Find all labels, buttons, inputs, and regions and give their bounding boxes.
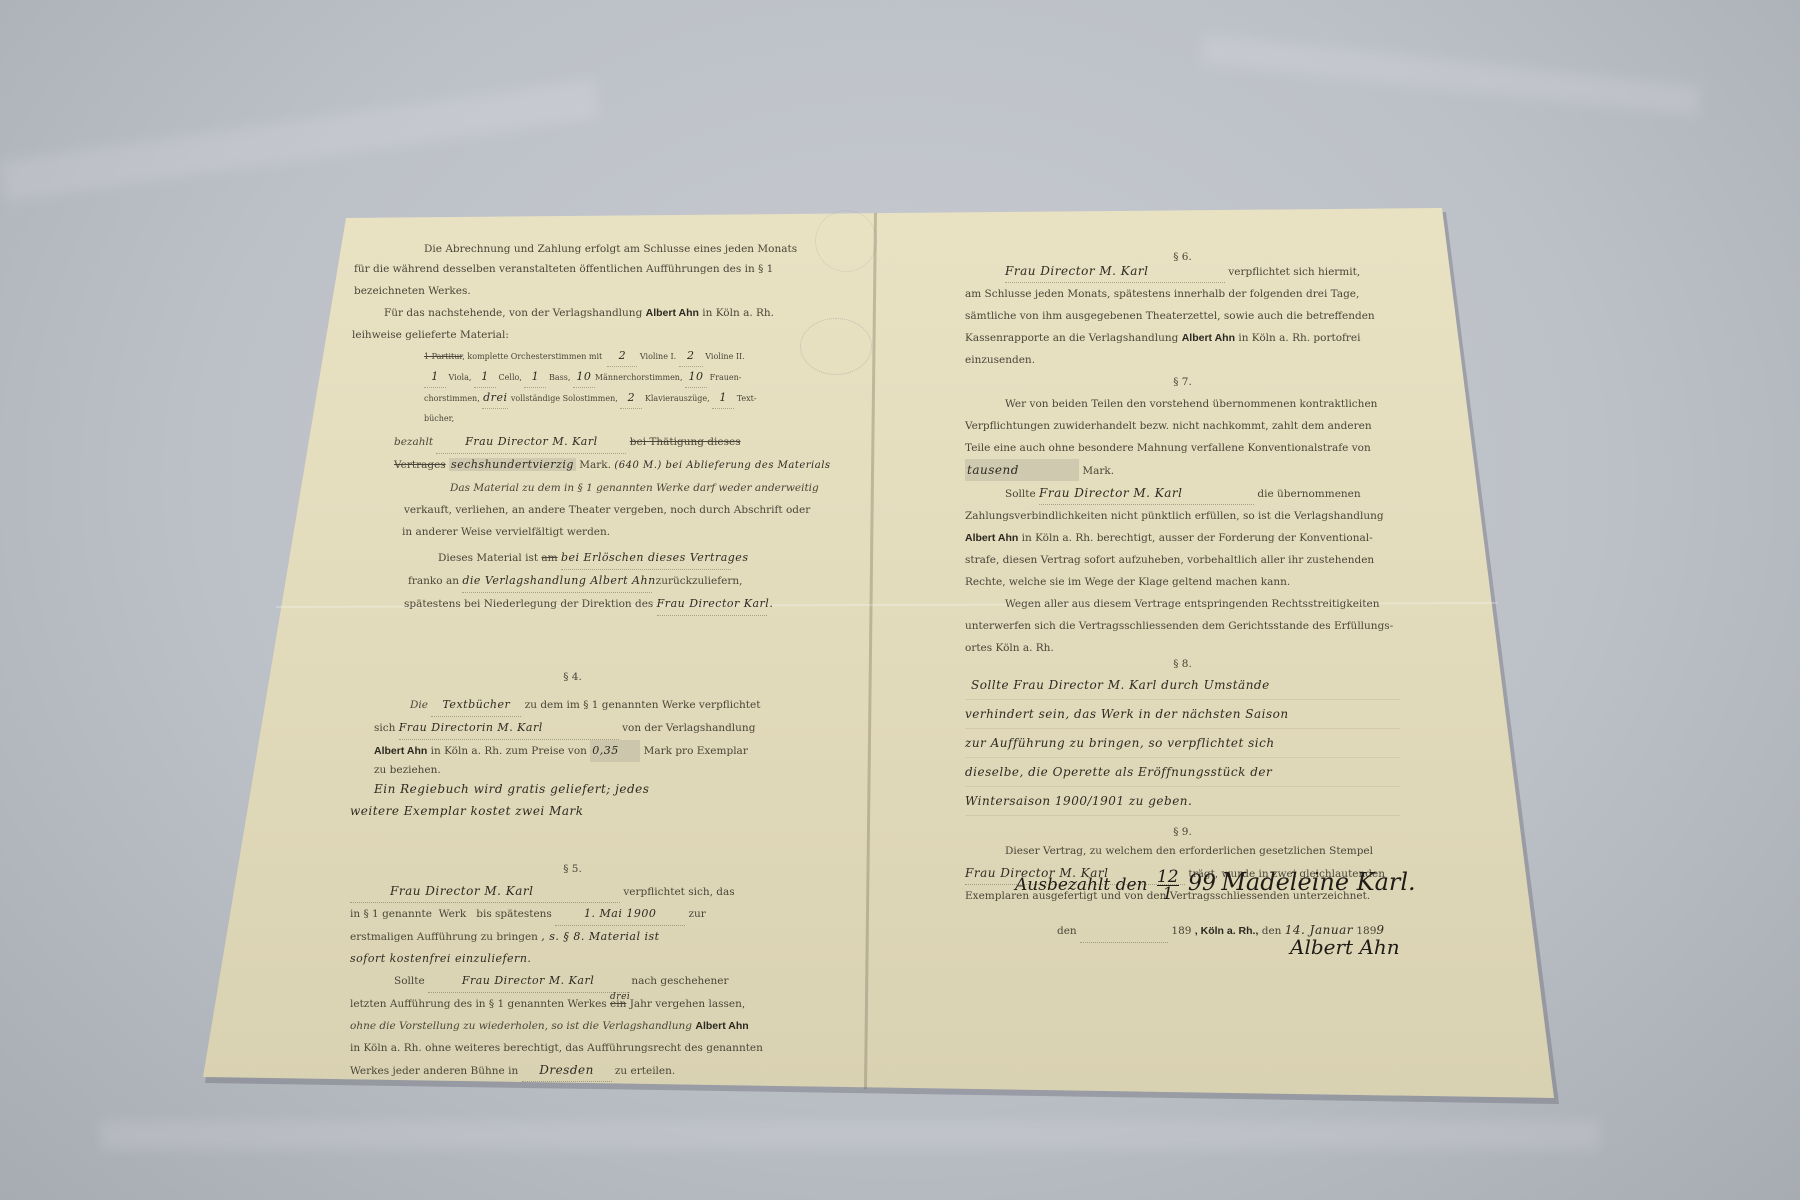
section-heading-4: § 4. — [350, 666, 795, 688]
handwritten-count: 2 — [679, 346, 703, 367]
handwritten-note: weitere Exemplar kostet zwei Mark — [350, 800, 795, 822]
section-heading-7: § 7. — [965, 371, 1400, 393]
text-line: leihweise gelieferte Material: — [350, 324, 795, 346]
text-line: Kassenrapporte an die Verlagshandlung Al… — [965, 327, 1400, 349]
publisher-name: Albert Ahn — [695, 1020, 748, 1032]
handwritten-note: sofort kostenfrei einzuliefern. — [350, 948, 795, 970]
handwritten-payer: Frau Director M. Karl — [436, 431, 626, 454]
text-line: erstmaligen Aufführung zu bringen , s. §… — [350, 926, 795, 948]
handwritten-count: 10 — [685, 367, 707, 388]
publisher-name: Albert Ahn — [1182, 332, 1235, 344]
date-denominator: 1 — [1157, 886, 1179, 902]
text-line: am Schlusse jeden Monats, spätestens inn… — [965, 283, 1400, 305]
text: verpflichtet sich, das — [623, 886, 734, 898]
text-line: für die während desselben veranstalteten… — [350, 258, 795, 280]
section-heading-8: § 8. — [965, 659, 1400, 669]
text-line: Rechte, welche sie im Wege der Klage gel… — [965, 571, 1400, 593]
text: verpflichtet sich hiermit, — [1228, 266, 1360, 278]
text-line: spätestens bei Niederlegung der Direktio… — [350, 593, 795, 616]
handwritten-date: 1. Mai 1900 — [555, 903, 685, 926]
text-line: Die Textbücher zu dem im § 1 genannten W… — [350, 694, 795, 717]
text: in Köln a. Rh. zum Preise von — [431, 745, 587, 757]
handwritten-text: Ausbezahlt den — [1015, 875, 1148, 895]
faded-stamp — [800, 318, 872, 375]
contract-sheet — [0, 0, 1800, 1200]
faded-stamp — [815, 210, 877, 272]
handwritten-line: zur Aufführung zu bringen, so verpflicht… — [965, 729, 1400, 758]
text-line: Für das nachstehende, von der Verlagshan… — [350, 302, 795, 324]
signature-madeleine-karl: Madeleine Karl. — [1221, 868, 1415, 896]
text-line: zu beziehen. — [350, 762, 795, 778]
handwritten-count: 1 — [524, 367, 546, 388]
text: zu dem im § 1 genannten Werke verpflicht… — [525, 699, 761, 711]
text-line: Frau Director M. Karl verpflichtet sich … — [965, 260, 1400, 283]
text-line: ohne die Vorstellung zu wiederholen, so … — [350, 1015, 795, 1037]
text: in § 1 genannte — [350, 908, 432, 920]
handwritten-party: Frau Director M. Karl — [1039, 482, 1254, 505]
text: den — [1262, 925, 1282, 937]
text: zurückzuliefern, — [656, 575, 743, 587]
handwritten-signature: Albert Ahn — [1290, 935, 1400, 959]
text: chorstimmen, — [424, 394, 480, 403]
text: sich — [374, 722, 395, 734]
text: Viola, — [449, 373, 472, 382]
struck-text: Vertrages — [394, 459, 446, 471]
handwritten-count: 10 — [573, 367, 595, 388]
text: Text- — [737, 394, 757, 403]
text-line: Das Material zu dem in § 1 genannten Wer… — [350, 477, 795, 499]
text-line: 1 Viola, 1 Cello, 1 Bass, 10Männerchorst… — [424, 367, 795, 388]
text-line: Dieses Material ist am bei Erlöschen die… — [350, 547, 795, 570]
handwritten-price: 0,35 — [590, 740, 640, 762]
handwritten-count: 2 — [620, 388, 642, 409]
text: nach geschehener — [631, 975, 728, 987]
text-line: Wer von beiden Teilen den vorstehend übe… — [965, 393, 1400, 415]
text: Kassenrapporte an die Verlagshandlung — [965, 332, 1178, 344]
handwritten-count: 1 — [474, 367, 496, 388]
spacer — [350, 616, 795, 666]
text-line: Teile eine auch ohne besondere Mahnung v… — [965, 437, 1400, 459]
text-line: Wegen aller aus diesem Vertrage entsprin… — [965, 593, 1400, 615]
text: von der Verlagshandlung — [622, 722, 755, 734]
right-page: § 6. Frau Director M. Karl verpflichtet … — [965, 252, 1400, 943]
text: Männerchorstimmen, — [595, 373, 683, 382]
handwritten-amount-words: sechshundertvierzig — [449, 458, 576, 471]
material-list: 1 Partitur, komplette Orchesterstimmen m… — [350, 346, 795, 429]
text-line: Die Abrechnung und Zahlung erfolgt am Sc… — [350, 238, 795, 260]
struck-text: bei Thätigung dieses — [630, 436, 741, 448]
fraction-date: 12 1 — [1157, 869, 1179, 902]
text: Mark pro Exemplar — [644, 745, 748, 757]
text: 189 — [1171, 925, 1191, 937]
text: letzten Aufführung des in § 1 genannten … — [350, 998, 607, 1010]
handwritten-section-8: Sollte Frau Director M. Karl durch Umstä… — [965, 671, 1400, 816]
text: franko an — [408, 575, 459, 587]
text-line: Vertrages sechshundertvierzig Mark. (640… — [350, 454, 795, 477]
handwritten-note: , s. § 8. Material ist — [541, 930, 659, 943]
text-line: verkauft, verliehen, an andere Theater v… — [350, 499, 795, 521]
left-page: Die Abrechnung und Zahlung erfolgt am Sc… — [350, 238, 795, 1082]
struck-text: am — [541, 552, 557, 564]
text: Bass, — [549, 373, 570, 382]
text: Werkes jeder anderen Bühne in — [350, 1065, 518, 1077]
text: ohne die Vorstellung zu wiederholen, so … — [350, 1020, 692, 1032]
handwritten-count: 1 — [712, 388, 734, 409]
text-line: sämtliche von ihm ausgegebenen Theaterze… — [965, 305, 1400, 327]
handwritten-line: dieselbe, die Operette als Eröffnungsstü… — [965, 758, 1400, 787]
handwritten-note: Ein Regiebuch wird gratis geliefert; jed… — [350, 778, 795, 800]
payment-receipt-signature: Ausbezahlt den 12 1 99 Madeleine Karl. — [1015, 868, 1416, 902]
text-line: einzusenden. — [965, 349, 1400, 371]
struck-text: 1 Partitur — [424, 352, 462, 361]
text: Klavierauszüge, — [645, 394, 710, 403]
text: bezahlt — [394, 436, 433, 448]
handwritten-count: drei — [482, 388, 508, 409]
text-line: bezahlt Frau Director M. Karl bei Thätig… — [350, 431, 795, 454]
text-line: sich Frau Directorin M. Karl von der Ver… — [350, 717, 795, 740]
handwritten-party: Frau Directorin M. Karl — [399, 717, 619, 740]
text-line: Frau Director M. Karl verpflichtet sich,… — [350, 880, 795, 903]
text-line: Zahlungsverbindlichkeiten nicht pünktlic… — [965, 505, 1400, 527]
handwritten-count: 1 — [424, 367, 446, 388]
text-line: Albert Ahn in Köln a. Rh. berechtigt, au… — [965, 527, 1400, 549]
handwritten-amount: (640 M.) bei Ablieferung des Materials — [614, 460, 830, 471]
text: Violine II. — [705, 352, 744, 361]
text: spätestens bei Niederlegung der Direktio… — [404, 598, 653, 610]
text-line: bücher, — [424, 409, 795, 429]
text-line: tausend Mark. — [965, 459, 1400, 482]
spacer — [350, 822, 795, 858]
text-line: Albert Ahn in Köln a. Rh. zum Preise von… — [350, 740, 795, 762]
text-line: Dieser Vertrag, zu welchem den erforderl… — [965, 840, 1400, 862]
publisher-name: Albert Ahn — [965, 532, 1018, 544]
text-line: in Köln a. Rh. ohne weiteres berechtigt,… — [350, 1037, 795, 1059]
handwritten-party: Frau Director M. Karl — [1005, 260, 1225, 283]
blank — [1080, 920, 1168, 943]
handwritten-text: Frau Director Karl. — [657, 593, 767, 616]
text: Sollte — [1005, 488, 1036, 500]
text: Die — [410, 699, 428, 711]
text-line: unterwerfen sich die Vertragsschliessend… — [965, 615, 1400, 637]
text-line: Sollte Frau Director M. Karl nach gesche… — [350, 970, 795, 993]
handwritten-party: Frau Director M. Karl — [428, 970, 628, 993]
text-line: in § 1 genannte Werk bis spätestens 1. M… — [350, 903, 795, 926]
text-line: in anderer Weise vervielfältigt werden. — [350, 521, 795, 543]
text: in Köln a. Rh. portofrei — [1238, 332, 1360, 344]
text: Jahr vergehen lassen, — [630, 998, 745, 1010]
text: , komplette Orchesterstimmen mit — [462, 352, 602, 361]
text-line: letzten Aufführung des in § 1 genannten … — [350, 993, 795, 1015]
text: bis spätestens — [476, 908, 552, 920]
text-line: Sollte Frau Director M. Karl die übernom… — [965, 482, 1400, 505]
handwritten-city: Dresden — [522, 1059, 612, 1082]
correction: eindrei — [610, 998, 626, 1010]
section-heading-5: § 5. — [350, 858, 795, 880]
handwritten-insert: drei — [610, 986, 630, 1008]
text-line: bezeichneten Werkes. — [350, 280, 795, 302]
text-line: strafe, diesen Vertrag sofort aufzuheben… — [965, 549, 1400, 571]
text-line: ortes Köln a. Rh. — [965, 637, 1400, 659]
handwritten-text: bei Erlöschen dieses Vertrages — [561, 547, 731, 570]
text: Violine I. — [640, 352, 676, 361]
text: Werk — [439, 908, 467, 920]
handwritten-count: 2 — [607, 346, 637, 367]
text-line: Verpflichtungen zuwiderhandelt bezw. nic… — [965, 415, 1400, 437]
handwritten-party: Frau Director M. Karl — [350, 880, 620, 903]
cloth-fold — [100, 1120, 1600, 1150]
section-heading-9: § 9. — [965, 824, 1400, 840]
place: , Köln a. Rh., — [1195, 925, 1259, 937]
text-line: Werkes jeder anderen Bühne in Dresden zu… — [350, 1059, 795, 1082]
text-line: franko an die Verlagshandlung Albert Ahn… — [350, 570, 795, 593]
handwritten-line: Wintersaison 1900/1901 zu geben. — [965, 787, 1400, 816]
text: in Köln a. Rh. berechtigt, ausser der Fo… — [1022, 532, 1373, 544]
handwritten-line: Sollte Frau Director M. Karl durch Umstä… — [965, 671, 1400, 700]
text-line: chorstimmen, drei vollständige Solostimm… — [424, 388, 795, 409]
text: Mark. — [579, 459, 611, 471]
text: Cello, — [499, 373, 522, 382]
publisher-name: Albert Ahn — [374, 745, 427, 757]
handwritten-year: 99 — [1188, 871, 1216, 896]
text: zur — [689, 908, 706, 920]
text: Dieses Material ist — [438, 552, 538, 564]
text: zu erteilen. — [615, 1065, 675, 1077]
cloth-fold — [1200, 34, 1700, 116]
text: erstmaligen Aufführung zu bringen — [350, 931, 538, 943]
text: den — [1057, 925, 1077, 937]
text: vollständige Solostimmen, — [511, 394, 618, 403]
text-line: 1 Partitur, komplette Orchesterstimmen m… — [424, 346, 795, 367]
cloth-fold — [0, 78, 600, 201]
text: Mark. — [1082, 465, 1114, 477]
text: die übernommenen — [1257, 488, 1360, 500]
handwritten-penalty-amount: tausend — [965, 459, 1079, 481]
handwritten-line: verhindert sein, das Werk in der nächste… — [965, 700, 1400, 729]
publisher-name: Albert Ahn — [646, 307, 699, 319]
handwritten-item: Textbücher — [431, 694, 521, 717]
text: Sollte — [394, 975, 425, 987]
text: Frauen- — [710, 373, 742, 382]
handwritten-text: die Verlagshandlung Albert Ahn — [462, 570, 652, 593]
text: Für das nachstehende, von der Verlagshan… — [384, 307, 642, 319]
signature-albert-ahn: Albert Ahn — [1290, 935, 1400, 959]
text: in Köln a. Rh. — [702, 307, 774, 319]
